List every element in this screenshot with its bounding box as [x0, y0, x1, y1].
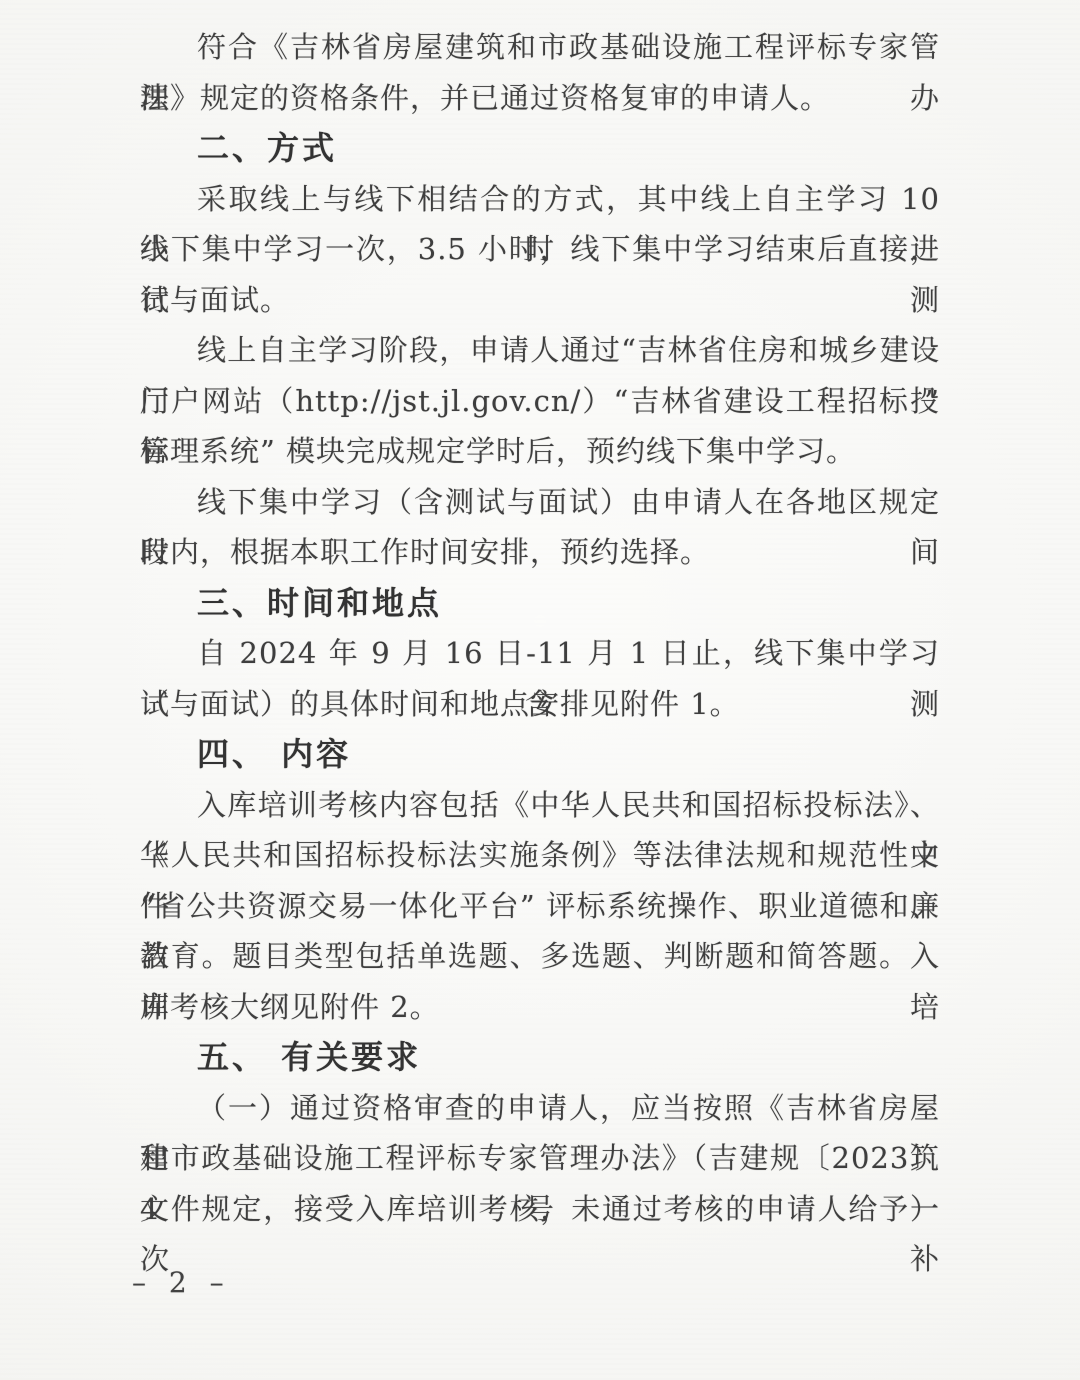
text-line: 入库培训考核内容包括《中华人民共和国招标投标法》、《中: [140, 780, 940, 831]
text-line: 管理系统” 模块完成规定学时后，预约线下集中学习。: [140, 426, 940, 477]
section-heading-2: 二、方式: [140, 123, 940, 174]
text-line: 门户网站（http://jst.jl.gov.cn/）“吉林省建设工程招标投标: [140, 376, 940, 427]
section-heading-3: 三、时间和地点: [140, 578, 940, 629]
text-line: 华人民共和国招标投标法实施条例》等法律法规和规范性文件、: [140, 830, 940, 881]
text-line: 法》规定的资格条件，并已通过资格复审的申请人。: [140, 73, 940, 124]
text-line: 教育。题目类型包括单选题、多选题、判断题和简答题。入库培: [140, 931, 940, 982]
text-line: 文件规定，接受入库培训考核，未通过考核的申请人给予一次补: [140, 1184, 940, 1235]
section-heading-5: 五、 有关要求: [140, 1032, 940, 1083]
text-line: 采取线上与线下相结合的方式，其中线上自主学习 10 小时，: [140, 174, 940, 225]
text-line: “省公共资源交易一体化平台” 评标系统操作、职业道德和廉洁: [140, 881, 940, 932]
page-number: – 2 –: [132, 1258, 231, 1308]
text-line: 线下集中学习（含测试与面试）由申请人在各地区规定时间: [140, 477, 940, 528]
document-body: 符合《吉林省房屋建筑和市政基础设施工程评标专家管理办 法》规定的资格条件，并已通…: [140, 22, 940, 1234]
text-line: 线下集中学习一次，3.5 小时，线下集中学习结束后直接进行测: [140, 224, 940, 275]
text-line: 自 2024 年 9 月 16 日-11 月 1 日止，线下集中学习（含测: [140, 628, 940, 679]
text-line: 和市政基础设施工程评标专家管理办法》（吉建规〔2023〕4 号）: [140, 1133, 940, 1184]
section-heading-4: 四、 内容: [140, 729, 940, 780]
document-page: 符合《吉林省房屋建筑和市政基础设施工程评标专家管理办 法》规定的资格条件，并已通…: [0, 0, 1080, 1380]
text-line: 符合《吉林省房屋建筑和市政基础设施工程评标专家管理办: [140, 22, 940, 73]
text-line: （一）通过资格审查的申请人，应当按照《吉林省房屋建筑: [140, 1083, 940, 1134]
text-line: 线上自主学习阶段，申请人通过“吉林省住房和城乡建设厅”: [140, 325, 940, 376]
